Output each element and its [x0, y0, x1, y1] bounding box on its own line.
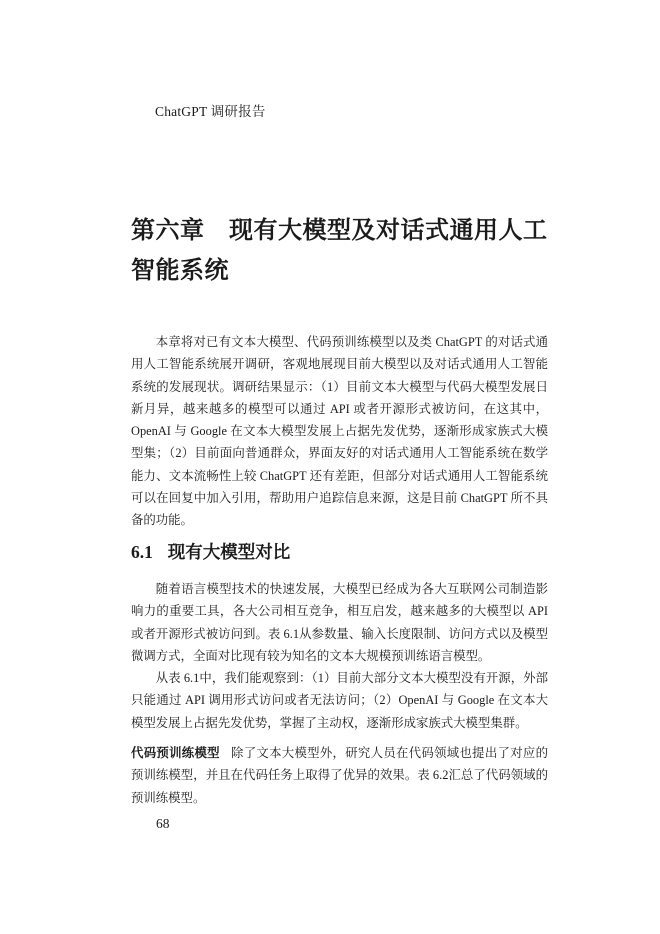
running-header: ChatGPT 调研报告 [155, 100, 266, 120]
section-number: 6.1 [131, 542, 153, 562]
section-heading: 6.1现有大模型对比 [131, 539, 290, 564]
document-page: ChatGPT 调研报告 第六章 现有大模型及对话式通用人工 智能系统 本章将对… [0, 0, 660, 934]
section-paragraph-2: 从表 6.1中，我们能观察到：（1）目前大部分文本大模型没有开源，外部只能通过 … [131, 667, 548, 734]
chapter-title: 第六章 现有大模型及对话式通用人工 智能系统 [131, 211, 576, 291]
code-models-paragraph: 代码预训练模型除了文本大模型外，研究人员在代码领域也提出了对应的预训练模型，并且… [131, 742, 548, 809]
section-body: 随着语言模型技术的快速发展，大模型已经成为各大互联网公司制造影响力的重要工具，各… [131, 578, 548, 734]
section-paragraph-1: 随着语言模型技术的快速发展，大模型已经成为各大互联网公司制造影响力的重要工具，各… [131, 578, 548, 667]
chapter-intro-paragraph: 本章将对已有文本大模型、代码预训练模型以及类 ChatGPT 的对话式通用人工智… [131, 331, 548, 532]
page-number: 68 [156, 816, 170, 832]
section-title: 现有大模型对比 [168, 542, 291, 562]
code-models-lead: 代码预训练模型 [131, 746, 220, 760]
